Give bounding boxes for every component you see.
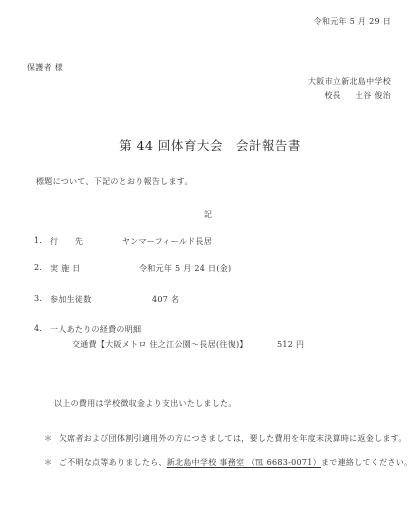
asterisk-mark: ＊ <box>44 433 56 444</box>
principal-title: 校長 <box>324 91 341 100</box>
document-title: 第 44 回体育大会 会計報告書 <box>0 136 420 154</box>
item-number: 2. <box>34 263 42 272</box>
document-date: 令和元年 5 月 29 日 <box>314 16 391 27</box>
ki-heading: 記 <box>204 209 212 220</box>
asterisk-mark: ＊ <box>44 457 56 468</box>
intro-text: 標題について、下記のとおり報告します。 <box>36 176 193 187</box>
note-text: 欠席者および団体割引適用外の方につきましては，要した費用を年度末決算時に返金しま… <box>59 434 407 443</box>
item-number: 1. <box>34 236 42 245</box>
closing-text: 以上の費用は学校徴収金より支出いたしました。 <box>54 398 237 409</box>
principal-signature: 校長土谷 俊治 <box>324 90 391 101</box>
item-number: 4. <box>34 324 42 333</box>
addressee: 保護者 様 <box>27 62 63 73</box>
item-value: 令和元年 5 月 24 日(金) <box>139 263 231 274</box>
note-contact: ＊ ご不明な点等ありましたら、新北島中学校 事務室 （℡ 6683-0071）ま… <box>44 457 412 468</box>
note-text-before: ご不明な点等ありましたら、 <box>59 458 167 467</box>
note-text-after: まで連絡してください。 <box>321 458 412 467</box>
note-refund: ＊ 欠席者および団体割引適用外の方につきましては，要した費用を年度末決算時に返金… <box>44 433 407 444</box>
expense-amount: 512 円 <box>277 339 304 350</box>
item-value: 407 名 <box>152 294 179 305</box>
item-number: 3. <box>34 294 42 303</box>
principal-name: 土谷 俊治 <box>355 91 391 100</box>
item-label: 一人あたりの経費の明細 <box>50 324 141 335</box>
expense-description: 交通費【大阪メトロ 住之江公園～長居(往復)】 <box>72 339 248 350</box>
item-value: ヤンマーフィールド長居 <box>122 236 212 247</box>
school-name: 大阪市立新北島中学校 <box>308 76 391 87</box>
item-label: 参加生徒数 <box>50 294 92 305</box>
item-label: 行 先 <box>50 236 83 247</box>
item-label: 実 施 日 <box>50 263 81 274</box>
contact-office: 新北島中学校 事務室 （℡ 6683-0071） <box>167 458 321 467</box>
